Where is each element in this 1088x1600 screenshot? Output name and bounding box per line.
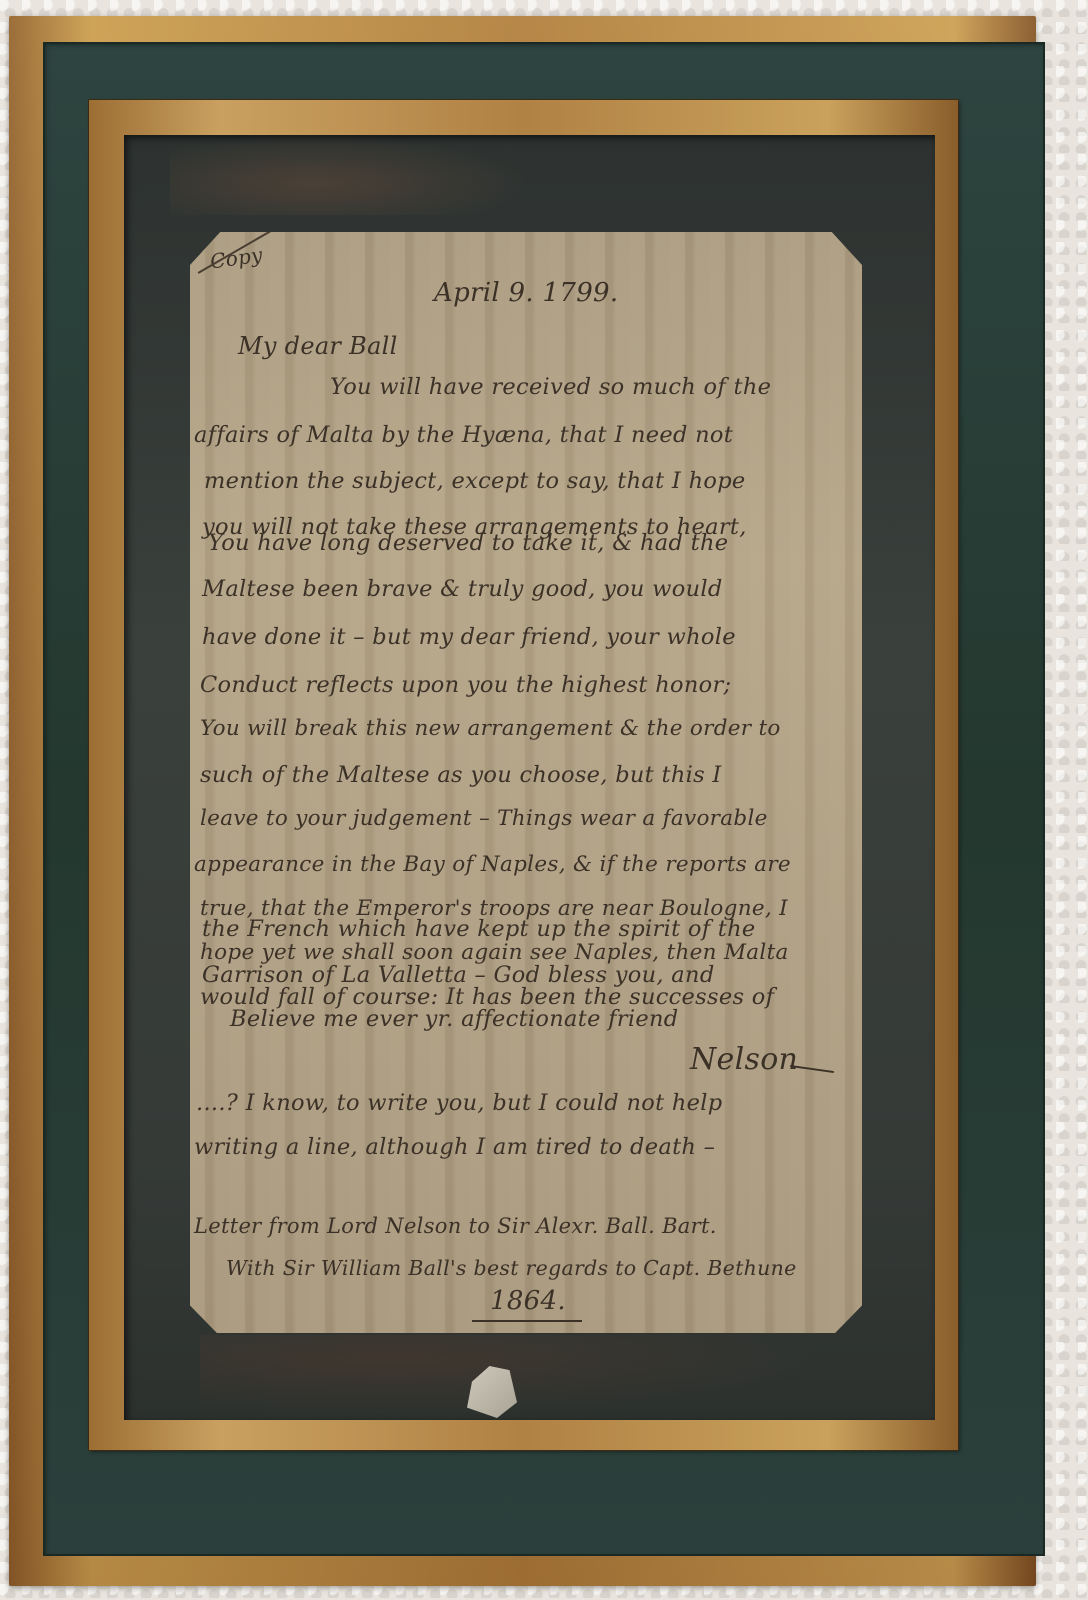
letter-date: April 9. 1799. bbox=[434, 278, 618, 308]
salutation: My dear Ball bbox=[238, 332, 398, 360]
annotation-line: Letter from Lord Nelson to Sir Alexr. Ba… bbox=[194, 1214, 717, 1238]
body-line: mention the subject, except to say, that… bbox=[204, 468, 746, 494]
year-underline bbox=[472, 1320, 582, 1322]
closing-line: Believe me ever yr. affectionate friend bbox=[230, 1006, 678, 1032]
body-line: You will have received so much of the bbox=[330, 374, 771, 400]
postscript-line: writing a line, although I am tired to d… bbox=[194, 1134, 715, 1160]
annotation-year: 1864. bbox=[490, 1286, 566, 1316]
copy-mark: Copy bbox=[209, 242, 264, 273]
body-line: leave to your judgement – Things wear a … bbox=[200, 806, 768, 831]
body-line: have done it – but my dear friend, your … bbox=[202, 624, 736, 650]
body-line: the French which have kept up the spirit… bbox=[202, 916, 756, 942]
body-line: You will break this new arrangement & th… bbox=[200, 716, 781, 741]
mat-stain bbox=[170, 135, 530, 215]
body-line: You have long deserved to take it, & had… bbox=[208, 530, 728, 556]
postscript-line: ....? I know, to write you, but I could … bbox=[196, 1090, 723, 1116]
body-line: affairs of Malta by the Hyæna, that I ne… bbox=[194, 422, 733, 448]
body-line: appearance in the Bay of Naples, & if th… bbox=[194, 852, 791, 877]
letter-paper: Copy April 9. 1799. My dear Ball You wil… bbox=[190, 232, 862, 1333]
body-line: Maltese been brave & truly good, you wou… bbox=[202, 576, 723, 602]
mat-stain bbox=[200, 1335, 840, 1415]
body-line: Conduct reflects upon you the highest ho… bbox=[200, 672, 731, 698]
body-line: Garrison of La Valletta – God bless you,… bbox=[202, 962, 715, 988]
annotation-line: With Sir William Ball's best regards to … bbox=[226, 1256, 797, 1280]
signature: Nelson bbox=[690, 1042, 798, 1077]
body-line: such of the Maltese as you choose, but t… bbox=[200, 762, 722, 788]
